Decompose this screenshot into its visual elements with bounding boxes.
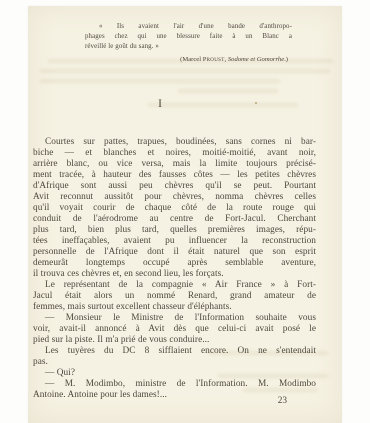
text-line: Avit reconnut aussitôt pour chèvres, nom… bbox=[33, 192, 316, 203]
text-line: il trouva ces chèvres et, en second lieu… bbox=[33, 269, 316, 280]
text-line: voir, avait-il annoncé à Avit dès que ce… bbox=[33, 324, 316, 335]
attribution-suffix: .) bbox=[284, 56, 288, 63]
attribution-work-title: Sodome et Gomorrhe bbox=[228, 56, 284, 63]
text-line: biche — et blanches et noires, moitié-mo… bbox=[33, 148, 316, 159]
paragraph-5-dialogue: — Qui? bbox=[33, 368, 316, 379]
paragraph-3-dialogue: — Monsieur le Ministre de l'Information … bbox=[33, 313, 316, 346]
show-through-line bbox=[40, 79, 280, 83]
text-line: tées ineffaçables, avaient pu influencer… bbox=[33, 236, 316, 247]
text-line: plus tard, bien plus tard, quelles premi… bbox=[33, 225, 316, 236]
attribution-author: Proust bbox=[203, 56, 225, 63]
text-line: — Qui? bbox=[33, 368, 316, 379]
show-through-line bbox=[178, 89, 278, 93]
text-line: Courtes sur pattes, trapues, boudinées, … bbox=[33, 137, 316, 148]
paragraph-6-dialogue: — M. Modimbo, ministre de l'Information.… bbox=[33, 379, 316, 401]
paragraph-2: Le représentant de la compagnie « Air Fr… bbox=[33, 280, 316, 313]
epigraph-quote: « Ils avaient l'air d'une bande d'anthro… bbox=[85, 22, 292, 52]
text-line: phages chez qui une blessure faite à un … bbox=[85, 32, 292, 42]
page-number: 23 bbox=[278, 396, 287, 407]
epigraph-attribution: (Marcel Proust, Sodome et Gomorrhe.) bbox=[85, 55, 288, 64]
text-line: Jacul était alors un nommé Renard, grand… bbox=[33, 291, 316, 302]
scan-speck bbox=[255, 102, 257, 104]
body-text-column: Courtes sur pattes, trapues, boudinées, … bbox=[33, 137, 316, 401]
paragraph-1: Courtes sur pattes, trapues, boudinées, … bbox=[33, 137, 316, 280]
text-line: femmes, mais surtout excellent chasseur … bbox=[33, 302, 316, 313]
show-through-line bbox=[40, 69, 330, 73]
text-line: Les tuyères du DC 8 sifflaient encore. O… bbox=[33, 346, 316, 357]
text-line: — Monsieur le Ministre de l'Information … bbox=[33, 313, 316, 324]
text-line: conduit de l'aérodrome au centre de Fort… bbox=[33, 214, 316, 225]
text-line: pied sur la piste. Il m'a prié de vous c… bbox=[33, 335, 316, 346]
text-line: — M. Modimbo, ministre de l'Information.… bbox=[33, 379, 316, 390]
text-line: « Ils avaient l'air d'une bande d'anthro… bbox=[85, 22, 292, 32]
text-line: ment tracée, à hauteur des fausses côtes… bbox=[33, 170, 316, 181]
text-line: qu'il voyait courir de chaque côté de la… bbox=[33, 203, 316, 214]
scanned-book-page-canvas: « Ils avaient l'air d'une bande d'anthro… bbox=[0, 0, 370, 423]
text-line: demeurât longtemps occupé après semblabl… bbox=[33, 258, 316, 269]
chapter-number-heading: I bbox=[28, 98, 292, 110]
text-line: réveillé le goût du sang. » bbox=[85, 42, 292, 52]
book-page: « Ils avaient l'air d'une bande d'anthro… bbox=[28, 6, 342, 423]
attribution-prefix: (Marcel bbox=[180, 56, 203, 63]
text-line: d'Afrique sont aussi peu chèvres qu'il s… bbox=[33, 181, 316, 192]
paragraph-4: Les tuyères du DC 8 sifflaient encore. O… bbox=[33, 346, 316, 368]
text-line: Le représentant de la compagnie « Air Fr… bbox=[33, 280, 316, 291]
text-line: personnelle de l'Afrique dont il était n… bbox=[33, 247, 316, 258]
text-line: Antoine. Antoine pour les dames!... bbox=[33, 390, 316, 401]
text-line: arrière blanc, ou vice versa, mais la li… bbox=[33, 159, 316, 170]
text-line: pas. bbox=[33, 357, 316, 368]
